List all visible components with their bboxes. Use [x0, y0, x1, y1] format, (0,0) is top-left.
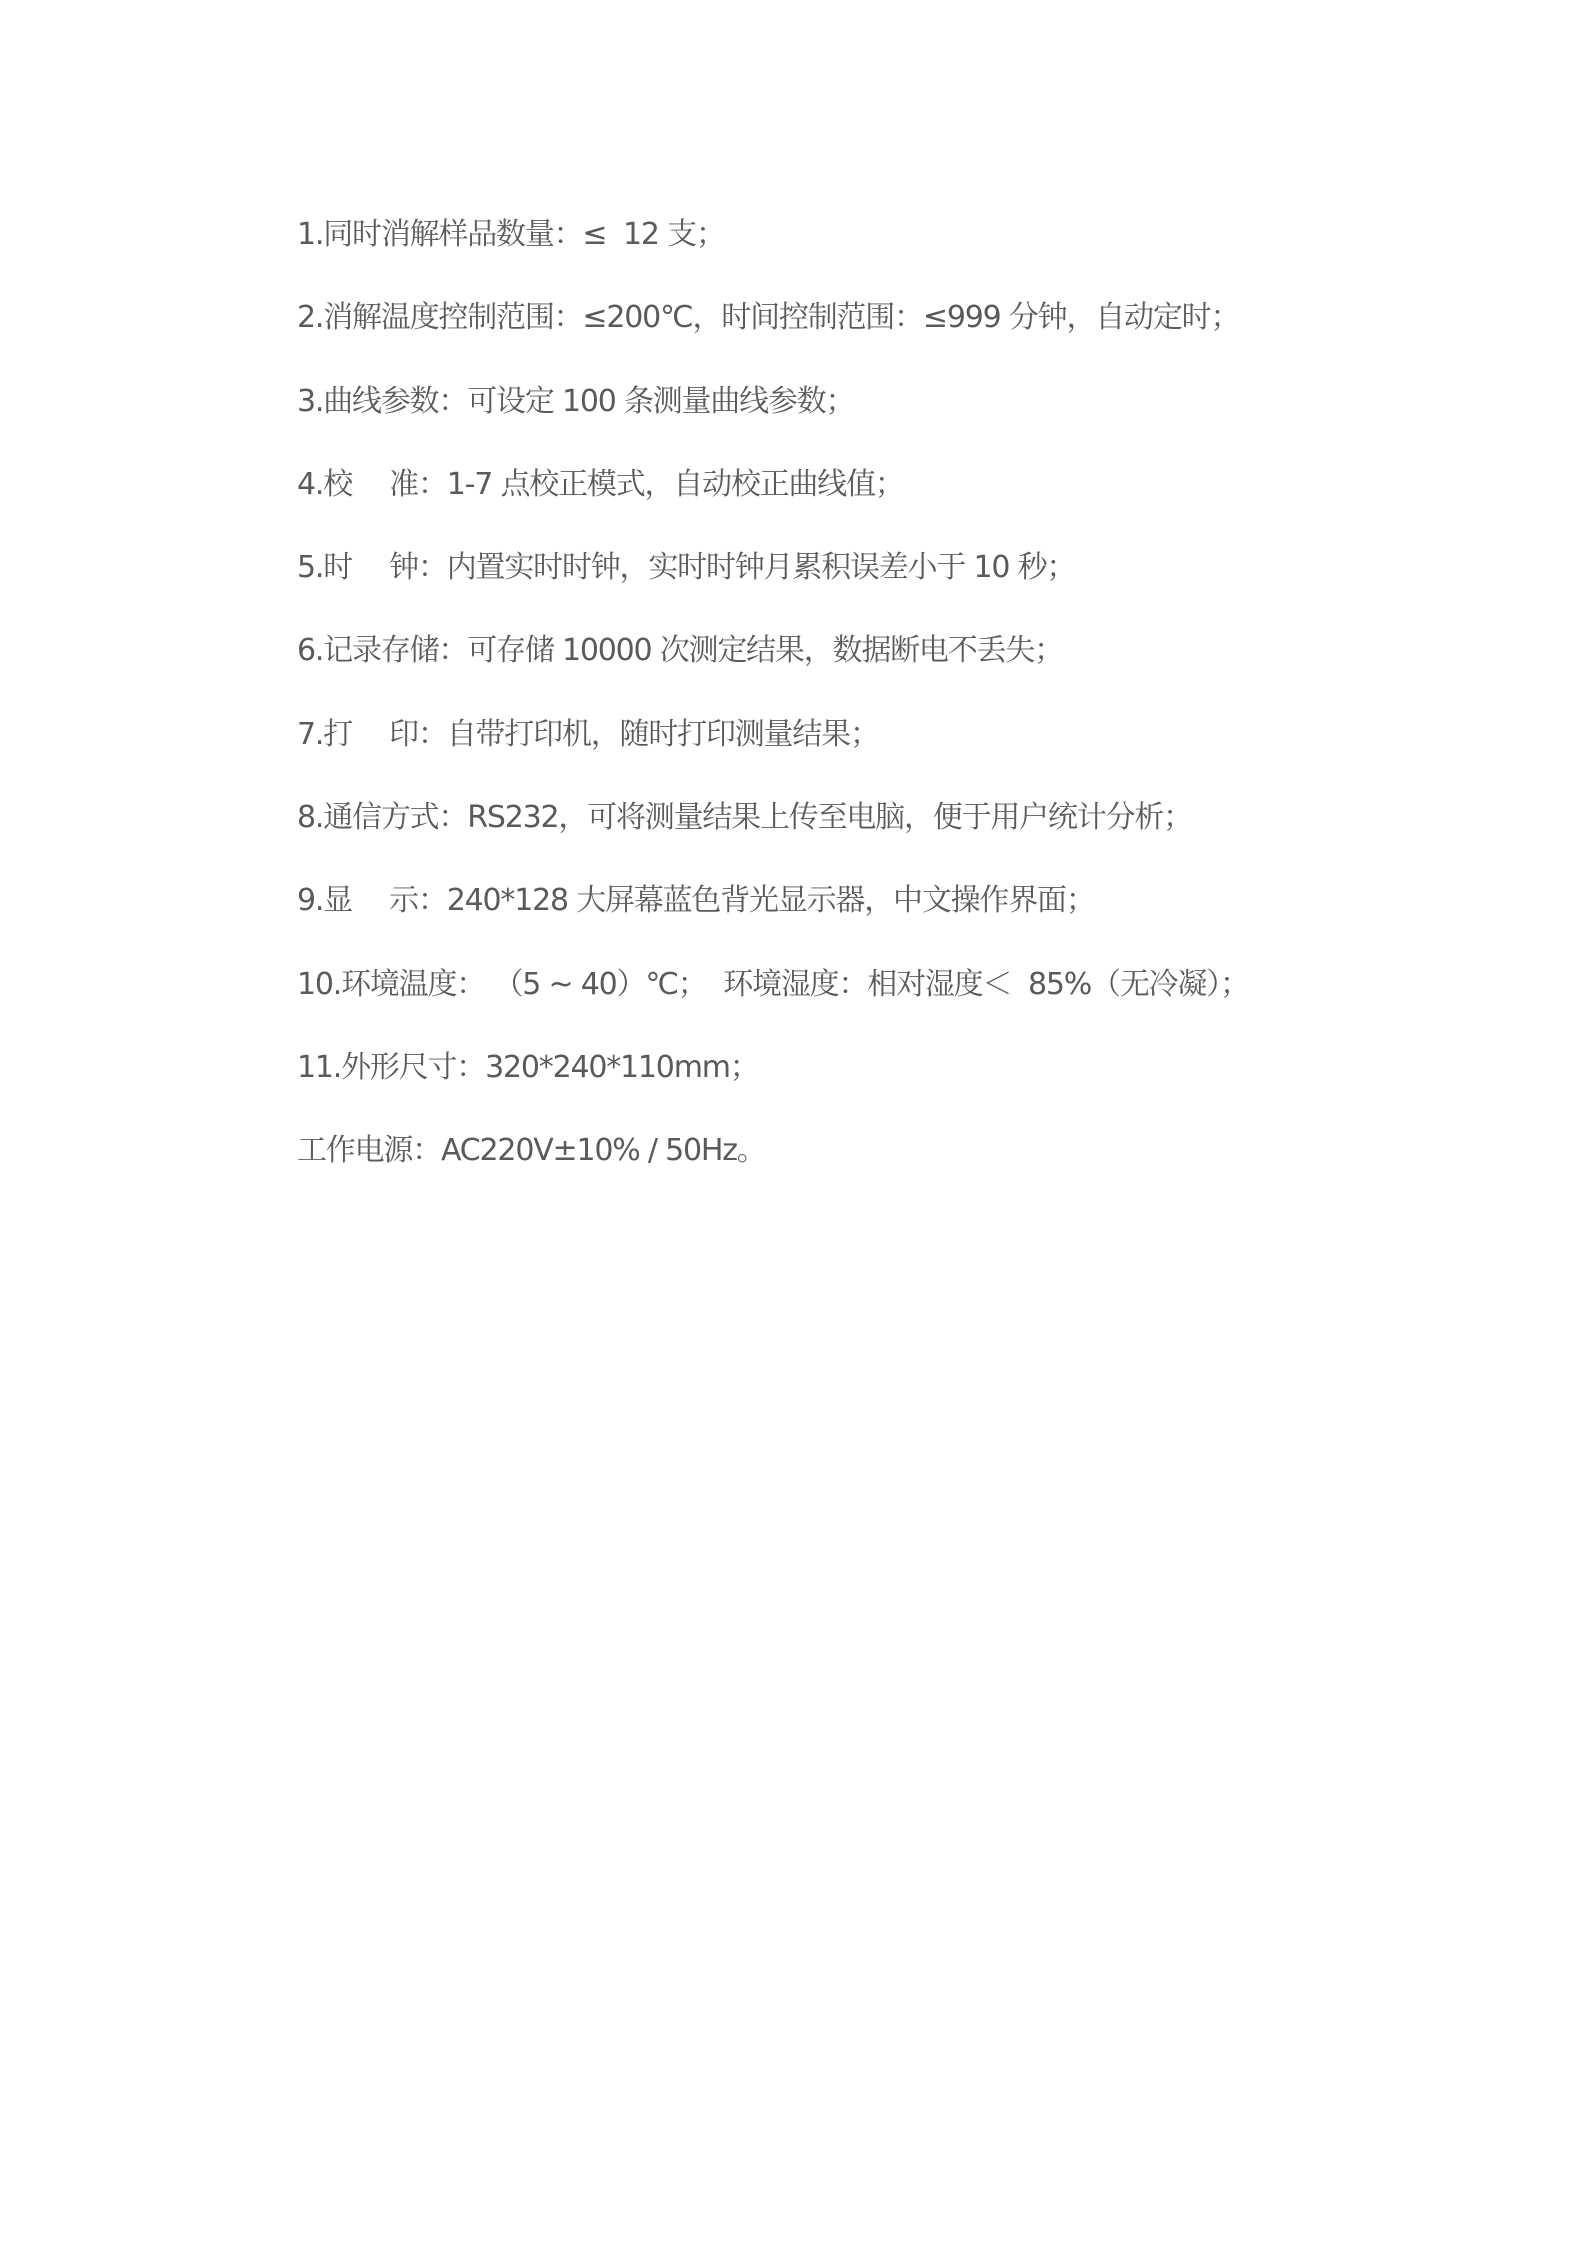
spec-sample-quantity: 1.同时消解样品数量：≤ 12 支； [297, 212, 1249, 295]
spec-calibration: 4.校 准：1-7 点校正模式，自动校正曲线值； [297, 462, 1249, 545]
spec-dimensions: 11.外形尺寸：320*240*110mm； [297, 1045, 1249, 1128]
specification-list: 1.同时消解样品数量：≤ 12 支； 2.消解温度控制范围：≤200℃，时间控制… [297, 212, 1249, 1212]
spec-clock: 5.时 钟：内置实时时钟，实时时钟月累积误差小于 10 秒； [297, 545, 1249, 628]
spec-curve-parameters: 3.曲线参数：可设定 100 条测量曲线参数； [297, 379, 1249, 462]
document-page: 1.同时消解样品数量：≤ 12 支； 2.消解温度控制范围：≤200℃，时间控制… [0, 0, 1587, 2245]
spec-printing: 7.打 印：自带打印机，随时打印测量结果； [297, 712, 1249, 795]
spec-temperature-time-range: 2.消解温度控制范围：≤200℃，时间控制范围：≤999 分钟，自动定时； [297, 295, 1249, 378]
spec-record-storage: 6.记录存储：可存储 10000 次测定结果，数据断电不丢失； [297, 628, 1249, 711]
spec-environment: 10.环境温度： （5 ~ 40）℃； 环境湿度：相对湿度＜ 85%（无冷凝）； [297, 962, 1249, 1045]
spec-power-supply: 工作电源：AC220V±10% / 50Hz。 [297, 1128, 1249, 1211]
spec-display: 9.显 示：240*128 大屏幕蓝色背光显示器，中文操作界面； [297, 878, 1249, 961]
spec-communication: 8.通信方式：RS232，可将测量结果上传至电脑，便于用户统计分析； [297, 795, 1249, 878]
